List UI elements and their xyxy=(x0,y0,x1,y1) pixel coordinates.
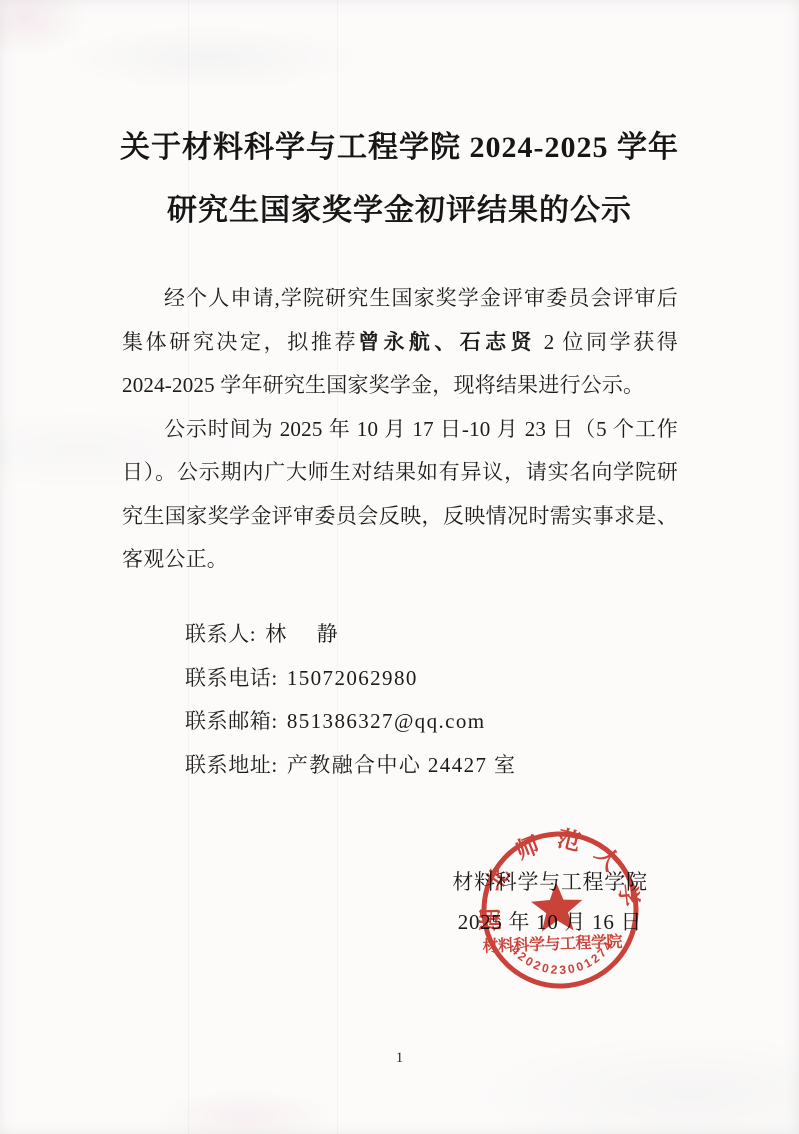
contact-block: 联系人:林 静 联系电话:15072062980 联系邮箱:851386327@… xyxy=(185,613,516,787)
contact-address-label: 联系地址: xyxy=(185,753,278,777)
document-title: 关于材料科学与工程学院 2024-2025 学年 研究生国家奖学金初评结果的公示 xyxy=(40,116,759,242)
contact-email-value: 851386327@qq.com xyxy=(287,709,486,733)
paragraph-2: 公示时间为 2025 年 10 月 17 日-10 月 23 日（5 个工作日）… xyxy=(122,408,678,582)
seal-star-icon xyxy=(530,881,583,932)
document-page: 关于材料科学与工程学院 2024-2025 学年 研究生国家奖学金初评结果的公示… xyxy=(0,0,799,1134)
contact-person-label: 联系人: xyxy=(185,622,256,646)
contact-email-line: 联系邮箱:851386327@qq.com xyxy=(185,700,516,744)
official-seal: 湖北师范大学 材料科学与工程学院 42020230012742 xyxy=(467,817,653,1003)
page-number: 1 xyxy=(0,1050,799,1067)
contact-phone-line: 联系电话:15072062980 xyxy=(185,657,516,701)
contact-address-line: 联系地址:产教融合中心 24427 室 xyxy=(185,744,516,788)
contact-phone-value: 15072062980 xyxy=(287,666,418,690)
contact-person-value: 林 静 xyxy=(265,622,339,646)
contact-address-value: 产教融合中心 24427 室 xyxy=(287,753,517,777)
contact-email-label: 联系邮箱: xyxy=(185,709,278,733)
contact-phone-label: 联系电话: xyxy=(185,666,278,690)
title-line-1: 关于材料科学与工程学院 2024-2025 学年 xyxy=(40,116,759,179)
contact-person-line: 联系人:林 静 xyxy=(185,613,516,657)
document-body: 经个人申请,学院研究生国家奖学金评审委员会评审后集体研究决定，拟推荐曾永航、石志… xyxy=(122,277,678,582)
awardee-names: 曾永航、石志贤 xyxy=(358,330,536,354)
paragraph-1: 经个人申请,学院研究生国家奖学金评审委员会评审后集体研究决定，拟推荐曾永航、石志… xyxy=(122,277,678,408)
title-line-2: 研究生国家奖学金初评结果的公示 xyxy=(40,179,759,242)
